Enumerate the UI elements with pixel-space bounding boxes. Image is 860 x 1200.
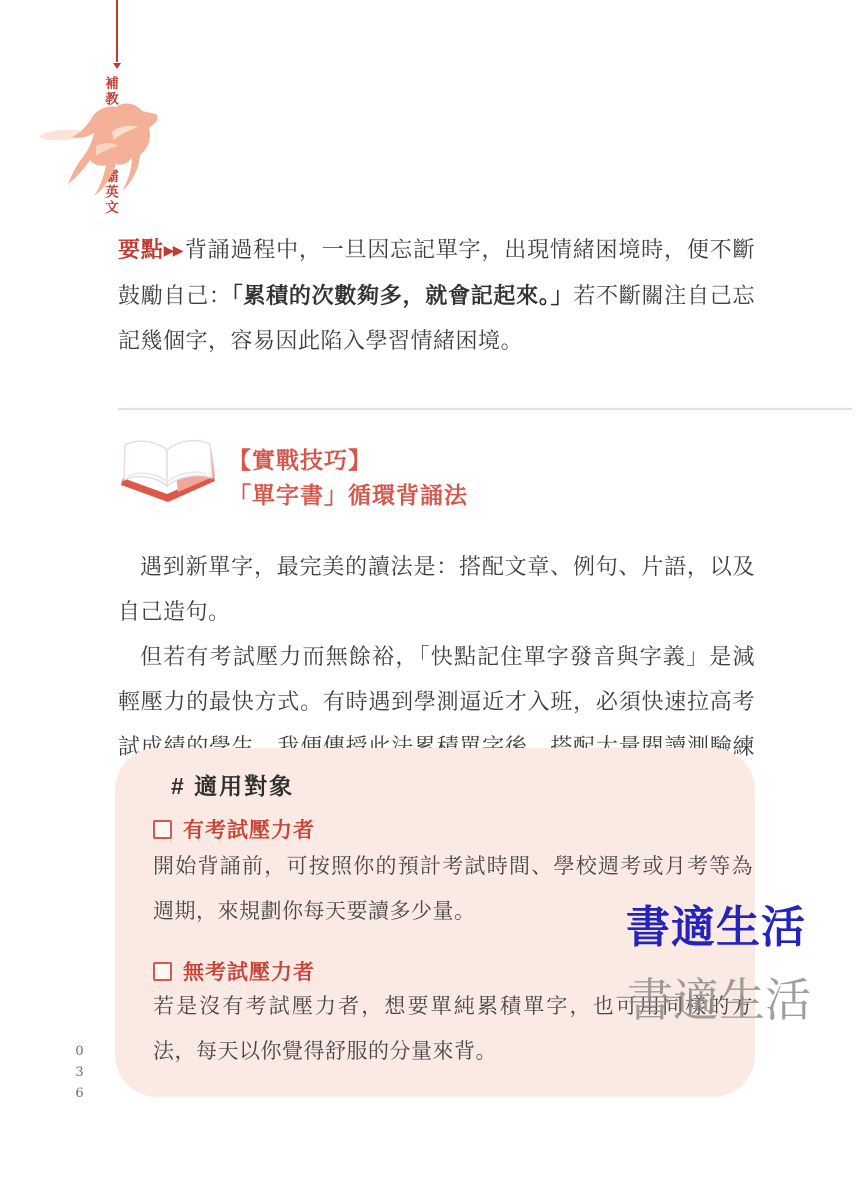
list-item-exam-pressure: 有考試壓力者	[153, 814, 315, 844]
watermark-gray: 書適生活	[627, 964, 811, 1030]
spine-arrow-icon	[113, 63, 121, 69]
key-point-label: 要點	[118, 237, 164, 262]
open-book-icon	[118, 436, 218, 504]
book-page: 補教名師的學霸英文 要點▶▶背誦過程中，一旦因忘記單字，出現情緒困境時，便不斷鼓…	[0, 0, 860, 1200]
key-point-paragraph: 要點▶▶背誦過程中，一旦因忘記單字，出現情緒困境時，便不斷鼓勵自己：「累積的次數…	[118, 227, 755, 363]
item-label: 有考試壓力者	[183, 814, 315, 844]
section-divider	[118, 408, 852, 410]
watermark-blue: 書適生活	[626, 891, 806, 955]
list-item-no-exam-pressure: 無考試壓力者	[153, 956, 315, 986]
checkbox-icon	[153, 820, 172, 839]
section-title-line1: 【實戰技巧】	[228, 443, 468, 478]
key-point-bold-quote: 「累積的次數夠多，就會記起來。」	[232, 283, 574, 308]
page-number: 036	[72, 1044, 87, 1107]
bird-logo-icon	[66, 102, 162, 204]
spine-rule-line	[116, 0, 118, 62]
key-point-arrows-icon: ▶▶	[164, 242, 185, 258]
body-paragraph-1: 遇到新單字，最完美的讀法是：搭配文章、例句、片語，以及自己造句。	[118, 544, 755, 634]
section-title: 【實戰技巧】 「單字書」循環背誦法	[228, 443, 468, 513]
checkbox-icon	[153, 962, 172, 981]
section-title-line2: 「單字書」循環背誦法	[228, 478, 468, 513]
box-heading: # 適用對象	[171, 768, 294, 801]
item-label: 無考試壓力者	[183, 956, 315, 986]
